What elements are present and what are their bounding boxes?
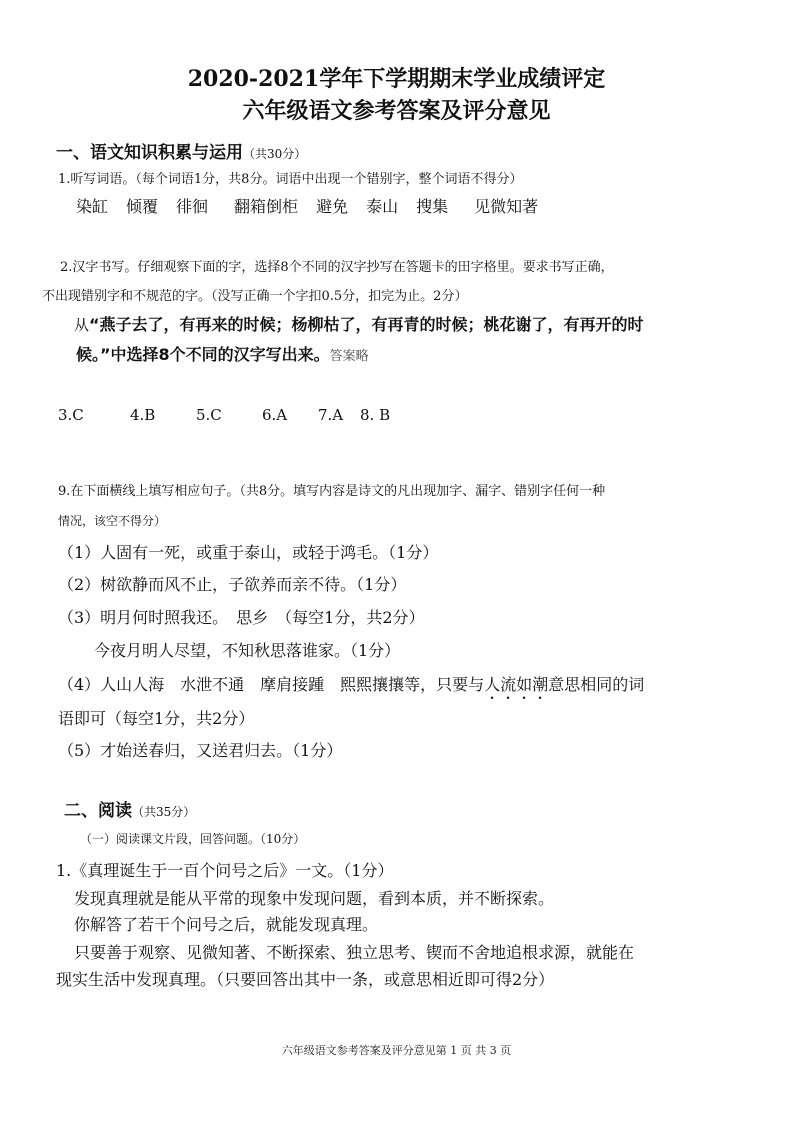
q2-quote-end: 候。”中选择8个不同的汉字写出来。 xyxy=(76,345,330,364)
page-title-line2: 六年级语文参考答案及评分意见 xyxy=(0,94,793,125)
mc-answers: 3.C4.B5.C6.A7.A8. B xyxy=(58,406,426,424)
q9-prompt-line2: 情况，该空不得分） xyxy=(58,512,166,529)
q9-item-4-text: （4）人山人海 水泄不通 摩肩接踵 熙熙攘攘等，只要与 xyxy=(58,675,484,694)
reading-q1-line3: 你解答了若干个问号之后，就能发现真理。 xyxy=(74,912,378,935)
word: 搜集 xyxy=(416,197,448,216)
word: 倾覆 xyxy=(126,197,158,216)
reading-q1-line1: 1.《真理诞生于一百个问号之后》一文。（1分） xyxy=(56,858,393,881)
q9-item-4-rest: 意思相同的词 xyxy=(548,675,644,694)
mc-answer: 6.A xyxy=(262,406,318,424)
section2-sub1: （一）阅读课文片段，回答问题。（10分） xyxy=(80,830,305,847)
q2-from: 从 xyxy=(74,316,89,334)
reading-q1-line4: 只要善于观察、见微知著、不断探索、独立思考、锲而不舍地追根求源，就能在 xyxy=(74,940,634,963)
q2-answer: 答案略 xyxy=(330,349,369,364)
q9-item-4: （4）人山人海 水泄不通 摩肩接踵 熙熙攘攘等，只要与人流如潮意思相同的词 xyxy=(58,672,644,703)
q1-words: 染缸倾覆徘徊翻箱倒柜避免泰山搜集见微知著 xyxy=(76,194,556,217)
q2-prompt-line1: 2.汉字书写。仔细观察下面的字，选择8个不同的汉字抄写在答题卡的田字格里。要求书… xyxy=(60,256,614,275)
q2-prompt-line2: 不出现错别字和不规范的字。（没写正确一个字扣0.5分，扣完为止。2分） xyxy=(42,285,467,304)
q2-quote-line1: 从“燕子去了，有再来的时候；杨柳枯了，有再青的时候；桃花谢了，有再开的时 xyxy=(74,312,644,335)
mc-answer: 5.C xyxy=(196,406,262,424)
q9-item-4-emphasis: 人流如潮 xyxy=(484,675,548,694)
q9-item-3b: 今夜月明人尽望，不知秋思落谁家。（1分） xyxy=(94,638,400,661)
q2-quote-line2: 候。”中选择8个不同的汉字写出来。答案略 xyxy=(76,342,369,365)
section1-heading: 一、语文知识积累与运用（共30分） xyxy=(56,138,306,163)
section2-heading: 二、阅读（共35分） xyxy=(64,796,195,821)
page-title-line1: 2020-2021学年下学期期末学业成绩评定 xyxy=(0,62,793,93)
section2-title: 二、阅读 xyxy=(64,801,132,821)
q9-item-3: （3）明月何时照我还。 思乡 （每空1分，共2分） xyxy=(58,605,425,628)
mc-answer: 4.B xyxy=(130,406,196,424)
mc-answer: 8. B xyxy=(360,406,426,424)
q2-quote: “燕子去了，有再来的时候；杨柳枯了，有再青的时候；桃花谢了，有再开的时 xyxy=(89,315,644,334)
page-footer: 六年级语文参考答案及评分意见第 1 页 共 3 页 xyxy=(0,1042,793,1058)
q9-item-2: （2）树欲静而风不止，子欲养而亲不待。（1分） xyxy=(58,572,406,595)
q1-prompt: 1.听写词语。（每个词语1分，共8分。词语中出现一个错别字，整个词语不得分） xyxy=(58,168,522,187)
word: 见微知著 xyxy=(474,197,538,216)
mc-answer: 7.A xyxy=(318,406,360,424)
section1-points: （共30分） xyxy=(243,147,306,161)
reading-q1-line2: 发现真理就是能从平常的现象中发现问题，看到本质，并不断探索。 xyxy=(74,886,554,909)
section2-points: （共35分） xyxy=(132,805,195,819)
word: 避免 xyxy=(316,197,348,216)
q9-prompt-line1: 9.在下面横线上填写相应句子。（共8分。填写内容是诗文的凡出现加字、漏字、错别字… xyxy=(58,480,605,499)
q9-item-5: （5）才始送春归，又送君归去。（1分） xyxy=(58,738,342,761)
word: 泰山 xyxy=(366,197,398,216)
q9-item-1: （1）人固有一死，或重于泰山，或轻于鸿毛。（1分） xyxy=(58,540,438,563)
word: 染缸 xyxy=(76,197,108,216)
q9-item-4-cont: 语即可（每空1分，共2分） xyxy=(58,706,254,729)
word: 翻箱倒柜 xyxy=(234,197,298,216)
reading-q1-line5: 现实生活中发现真理。（只要回答出其中一条，或意思相近即可得2分） xyxy=(56,967,554,990)
mc-answer: 3.C xyxy=(58,406,130,424)
section1-title: 一、语文知识积累与运用 xyxy=(56,143,243,163)
word: 徘徊 xyxy=(176,197,208,216)
